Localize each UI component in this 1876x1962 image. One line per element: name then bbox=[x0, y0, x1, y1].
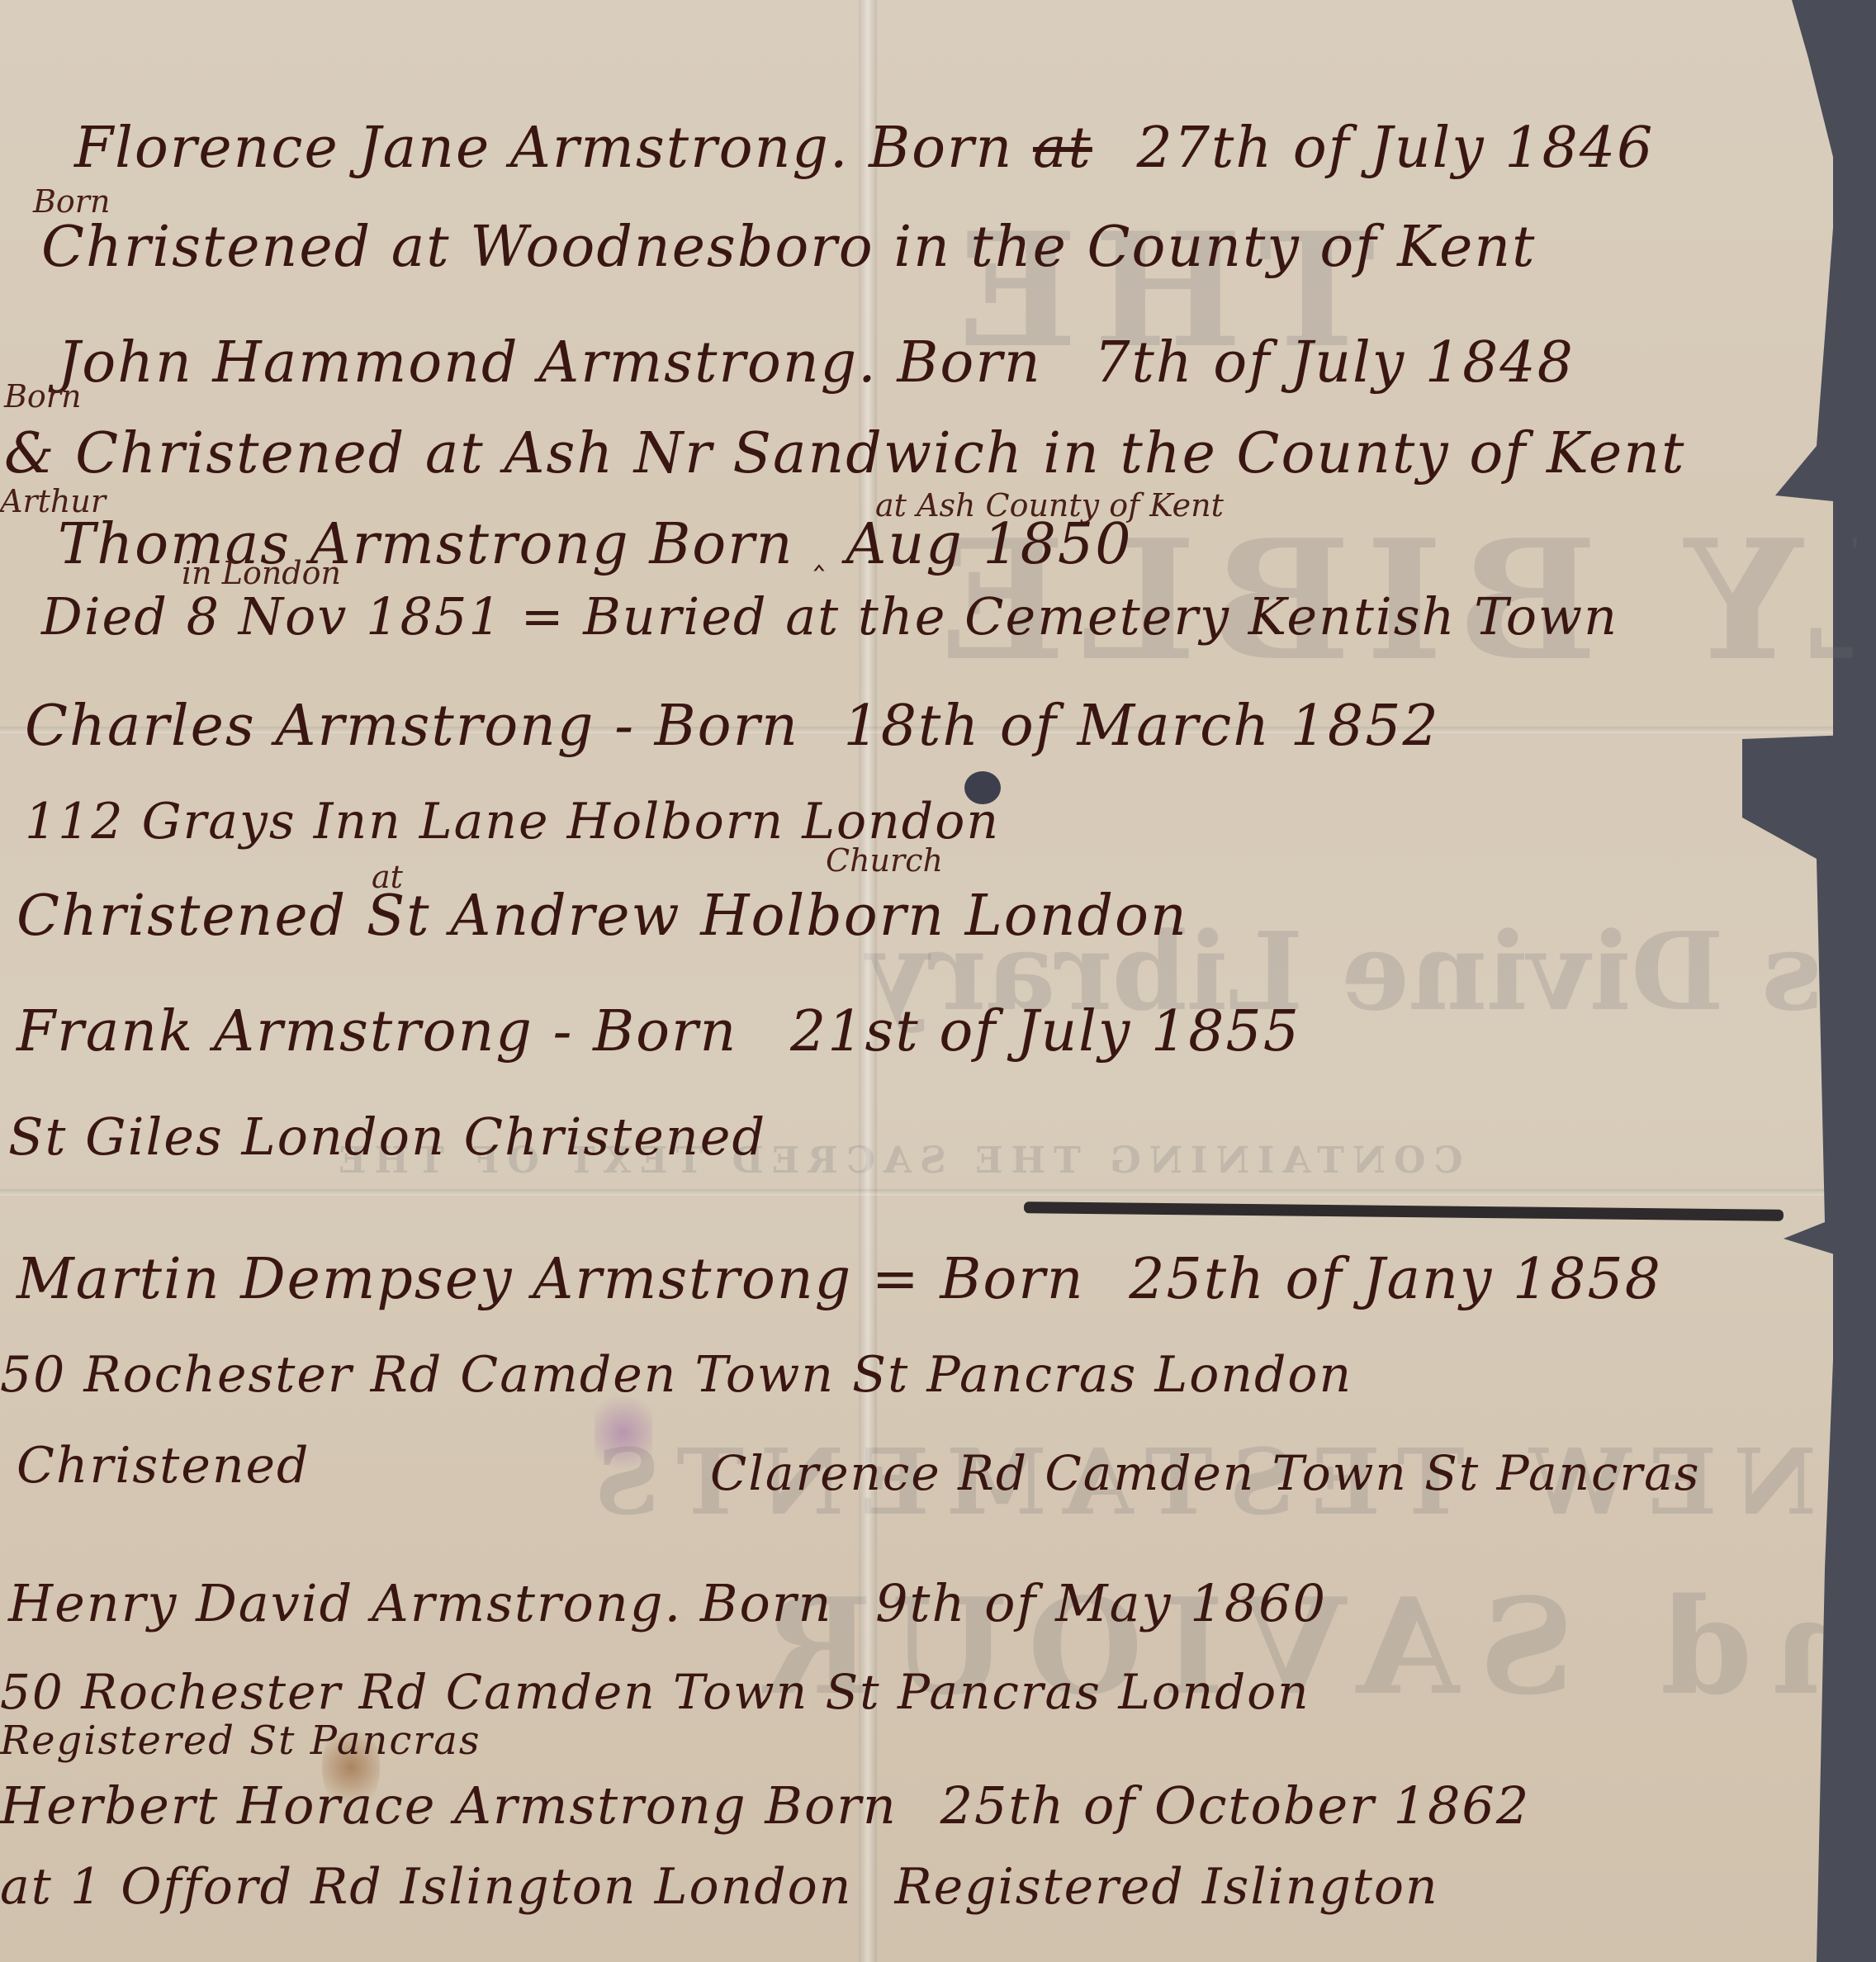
birth-date: 21st of July 1855 bbox=[790, 999, 1300, 1064]
entry-text: Florence Jane Armstrong. Born bbox=[74, 116, 1013, 181]
entry-thomas-died: Died 8 Nov 1851 = Buried at the Cemetery… bbox=[41, 586, 1618, 647]
entry-martin-christened-label: Christened bbox=[17, 1437, 310, 1495]
entry-martin-christened-place: Clarence Rd Camden Town St Pancras bbox=[710, 1445, 1701, 1501]
struck-text: at bbox=[1033, 116, 1092, 181]
entry-text: at 1 Offord Rd Islington London bbox=[0, 1858, 852, 1916]
registration-text: Registered Islington bbox=[894, 1858, 1438, 1916]
birth-date: 9th of May 1860 bbox=[875, 1573, 1327, 1633]
entry-martin-name: Martin Dempsey Armstrong = Born 25th of … bbox=[17, 1247, 1662, 1312]
entry-herbert-address: at 1 Offord Rd Islington London Register… bbox=[0, 1858, 1439, 1916]
entry-john-place: & Christened at Ash Nr Sandwich in the C… bbox=[4, 421, 1685, 486]
entry-text: John Hammond Armstrong. Born bbox=[58, 330, 1042, 396]
birth-date: 7th of July 1848 bbox=[1094, 330, 1575, 396]
entry-text: Thomas Armstrong Born bbox=[58, 512, 794, 577]
entry-charles-christened: Christened St Andrew Holborn London bbox=[17, 884, 1188, 949]
horizontal-fold-crease bbox=[0, 1189, 1833, 1196]
entry-henry-registered: Registered St Pancras bbox=[0, 1718, 481, 1764]
birth-date: 18th of March 1852 bbox=[844, 694, 1440, 759]
insert-above: Church bbox=[826, 842, 943, 879]
paper-tear bbox=[1024, 1201, 1784, 1221]
margin-note: Born bbox=[4, 378, 81, 415]
insertion-caret: ‸ bbox=[813, 533, 827, 571]
entry-text: Herbert Horace Armstrong Born bbox=[0, 1775, 898, 1836]
birth-date: 25th of Jany 1858 bbox=[1129, 1247, 1662, 1312]
entry-florence-name: Florence Jane Armstrong. Born at 27th of… bbox=[74, 116, 1654, 181]
birth-date: 25th of October 1862 bbox=[940, 1775, 1531, 1836]
bible-page-paper: THE FAMILY BIBLE Christian's Divine Libr… bbox=[0, 0, 1833, 1962]
entry-florence-place: Christened at Woodnesboro in the County … bbox=[41, 215, 1536, 280]
entry-text: Charles Armstrong - Born bbox=[25, 694, 799, 759]
birth-date: 27th of July 1846 bbox=[1136, 116, 1654, 181]
entry-text: Frank Armstrong - Born bbox=[17, 999, 737, 1064]
entry-john-name: John Hammond Armstrong. Born 7th of July… bbox=[58, 330, 1575, 396]
entry-frank-name: Frank Armstrong - Born 21st of July 1855 bbox=[17, 999, 1300, 1064]
entry-frank-place: St Giles London Christened bbox=[8, 1107, 766, 1167]
entry-henry-name: Henry David Armstrong. Born 9th of May 1… bbox=[8, 1573, 1327, 1633]
entry-charles-name: Charles Armstrong - Born 18th of March 1… bbox=[25, 694, 1440, 759]
entry-text: Henry David Armstrong. Born bbox=[8, 1573, 832, 1633]
entry-henry-address: 50 Rochester Rd Camden Town St Pancras L… bbox=[0, 1664, 1310, 1720]
entry-martin-address: 50 Rochester Rd Camden Town St Pancras L… bbox=[0, 1346, 1353, 1404]
entry-herbert-name: Herbert Horace Armstrong Born 25th of Oc… bbox=[0, 1775, 1530, 1836]
birth-date: Aug 1850 bbox=[846, 512, 1132, 577]
entry-text: Martin Dempsey Armstrong = Born bbox=[17, 1247, 1085, 1312]
